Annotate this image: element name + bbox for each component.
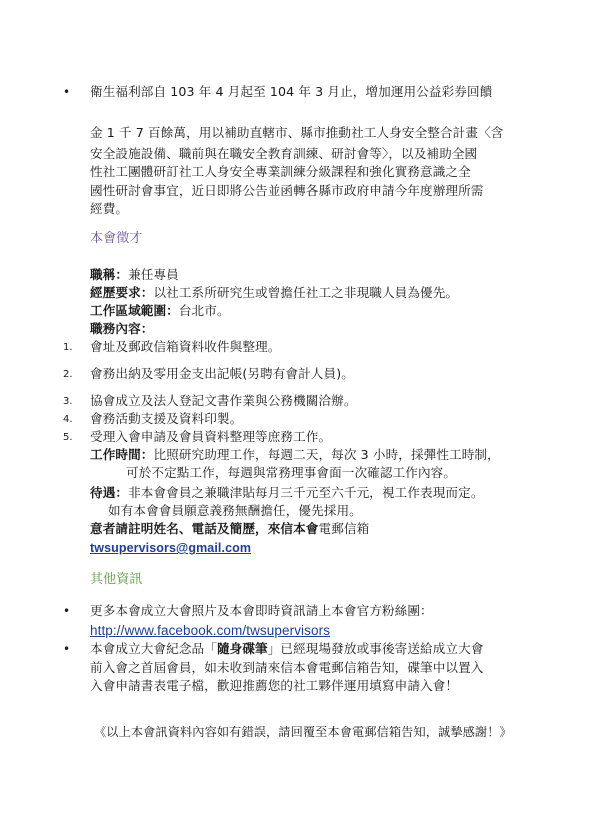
footer-note: 《以上本會訊資料內容如有錯誤，請回覆至本會電郵信箱告知，誠摯感謝！》 xyxy=(94,724,512,741)
intro-line-3: 安全設施設備、職前與在職安全教育訓練、研討會等〉，以及補助全國 xyxy=(90,145,477,162)
duty-item: 會務出納及零用金支出記帳(另聘有會計人員)。 xyxy=(90,365,354,382)
experience-value: 以社工系所研究生或曾擔任社工之非現職人員為優先。 xyxy=(153,285,458,300)
intro-line-5: 國性研討會事宜，近日即將公告並函轉各縣市政府申請今年度辦理所需 xyxy=(90,182,484,199)
recruit-heading: 本會徵才 xyxy=(90,230,142,247)
intro-line-4: 性社工團體研訂社工人身安全專業訓練分級課程和強化實務意識之全 xyxy=(90,163,471,180)
bullet-icon: • xyxy=(63,641,70,658)
pay-continued: 如有本會會員願意義務無酬擔任，優先採用。 xyxy=(108,502,362,519)
pay-label: 待遇： xyxy=(90,485,128,500)
souvenir-line-1: 本會成立大會紀念品「隨身碟筆」已經現場發放或事後寄送給成立大會 xyxy=(90,640,484,657)
job-title-row: 職稱：兼任專員 xyxy=(90,266,179,283)
experience-label: 經歷要求： xyxy=(90,285,153,300)
intro-line-6: 經費。 xyxy=(90,200,128,217)
duty-item: 會址及郵政信箱資料收件與整理。 xyxy=(90,338,280,355)
experience-row: 經歷要求：以社工系所研究生或曾擔任社工之非現職人員為優先。 xyxy=(90,284,458,301)
email-link[interactable]: twsupervisors@gmail.com xyxy=(90,541,251,555)
apply-instructions: 意者請註明姓名、電話及簡歷，來信本會電郵信箱 xyxy=(90,520,369,537)
email-row: twsupervisors@gmail.com xyxy=(90,539,251,557)
intro-line-2: 金 1 千 7 百餘萬，用以補助直轄市、縣市推動社工人身安全整合計畫〈含 xyxy=(90,124,503,141)
work-hours-label: 工作時間： xyxy=(90,447,153,462)
duty-number: 3. xyxy=(63,393,73,410)
bullet-icon: • xyxy=(63,84,70,101)
duty-item: 受理入會申請及會員資料整理等庶務工作。 xyxy=(90,428,331,445)
apply-rest-text: 電郵信箱 xyxy=(319,521,370,536)
duty-number: 4. xyxy=(63,411,73,428)
souvenir-text-pre: 本會成立大會紀念品「 xyxy=(90,641,217,656)
duty-item: 協會成立及法人登記文書作業與公務機關洽辦。 xyxy=(90,392,357,409)
facebook-link[interactable]: http://www.facebook.com/twsupervisors xyxy=(90,623,330,638)
work-area-label: 工作區域範圍： xyxy=(90,303,179,318)
apply-bold-text: 意者請註明姓名、電話及簡歷，來信本會 xyxy=(90,521,319,536)
fanpage-text: 更多本會成立大會照片及本會即時資訊請上本會官方粉絲團： xyxy=(90,602,433,619)
duties-label: 職務內容： xyxy=(90,320,153,337)
job-title-label: 職稱： xyxy=(90,267,128,282)
job-title-value: 兼任專員 xyxy=(128,267,179,282)
duty-number: 2. xyxy=(63,366,73,383)
duty-number: 1. xyxy=(63,339,73,356)
document-page: • 衛生福利部自 103 年 4 月起至 104 年 3 月止，增加運用公益彩券… xyxy=(0,0,594,840)
bullet-icon: • xyxy=(63,603,70,620)
work-area-value: 台北市。 xyxy=(179,303,230,318)
souvenir-line-2: 前入會之首屆會員，如未收到請來信本會電郵信箱告知，碟筆中以置入 xyxy=(90,659,484,676)
duty-item: 會務活動支援及資料印製。 xyxy=(90,410,242,427)
work-area-row: 工作區域範圍：台北市。 xyxy=(90,302,230,319)
intro-line-1: 衛生福利部自 103 年 4 月起至 104 年 3 月止，增加運用公益彩券回饋 xyxy=(90,83,492,100)
souvenir-line-3: 入會申請書表電子檔，歡迎推薦您的社工夥伴運用填寫申請入會！ xyxy=(90,677,458,694)
pay-row: 待遇：非本會會員之兼職津貼每月三千元至六千元，視工作表現而定。 xyxy=(90,484,484,501)
duty-number: 5. xyxy=(63,429,73,446)
work-hours-continued: 可於不定點工作，每週與常務理事會面一次確認工作內容。 xyxy=(126,464,456,481)
souvenir-text-post: 」已經現場發放或事後寄送給成立大會 xyxy=(268,641,484,656)
other-info-heading: 其他資訊 xyxy=(90,571,142,588)
fanpage-url-row: http://www.facebook.com/twsupervisors xyxy=(90,622,330,639)
work-hours-value: 比照研究助理工作，每週二天，每次 3 小時，採彈性工時制， xyxy=(153,447,499,462)
souvenir-item-name: 隨身碟筆 xyxy=(217,641,268,656)
pay-value: 非本會會員之兼職津貼每月三千元至六千元，視工作表現而定。 xyxy=(128,485,483,500)
work-hours-row: 工作時間：比照研究助理工作，每週二天，每次 3 小時，採彈性工時制， xyxy=(90,446,500,463)
